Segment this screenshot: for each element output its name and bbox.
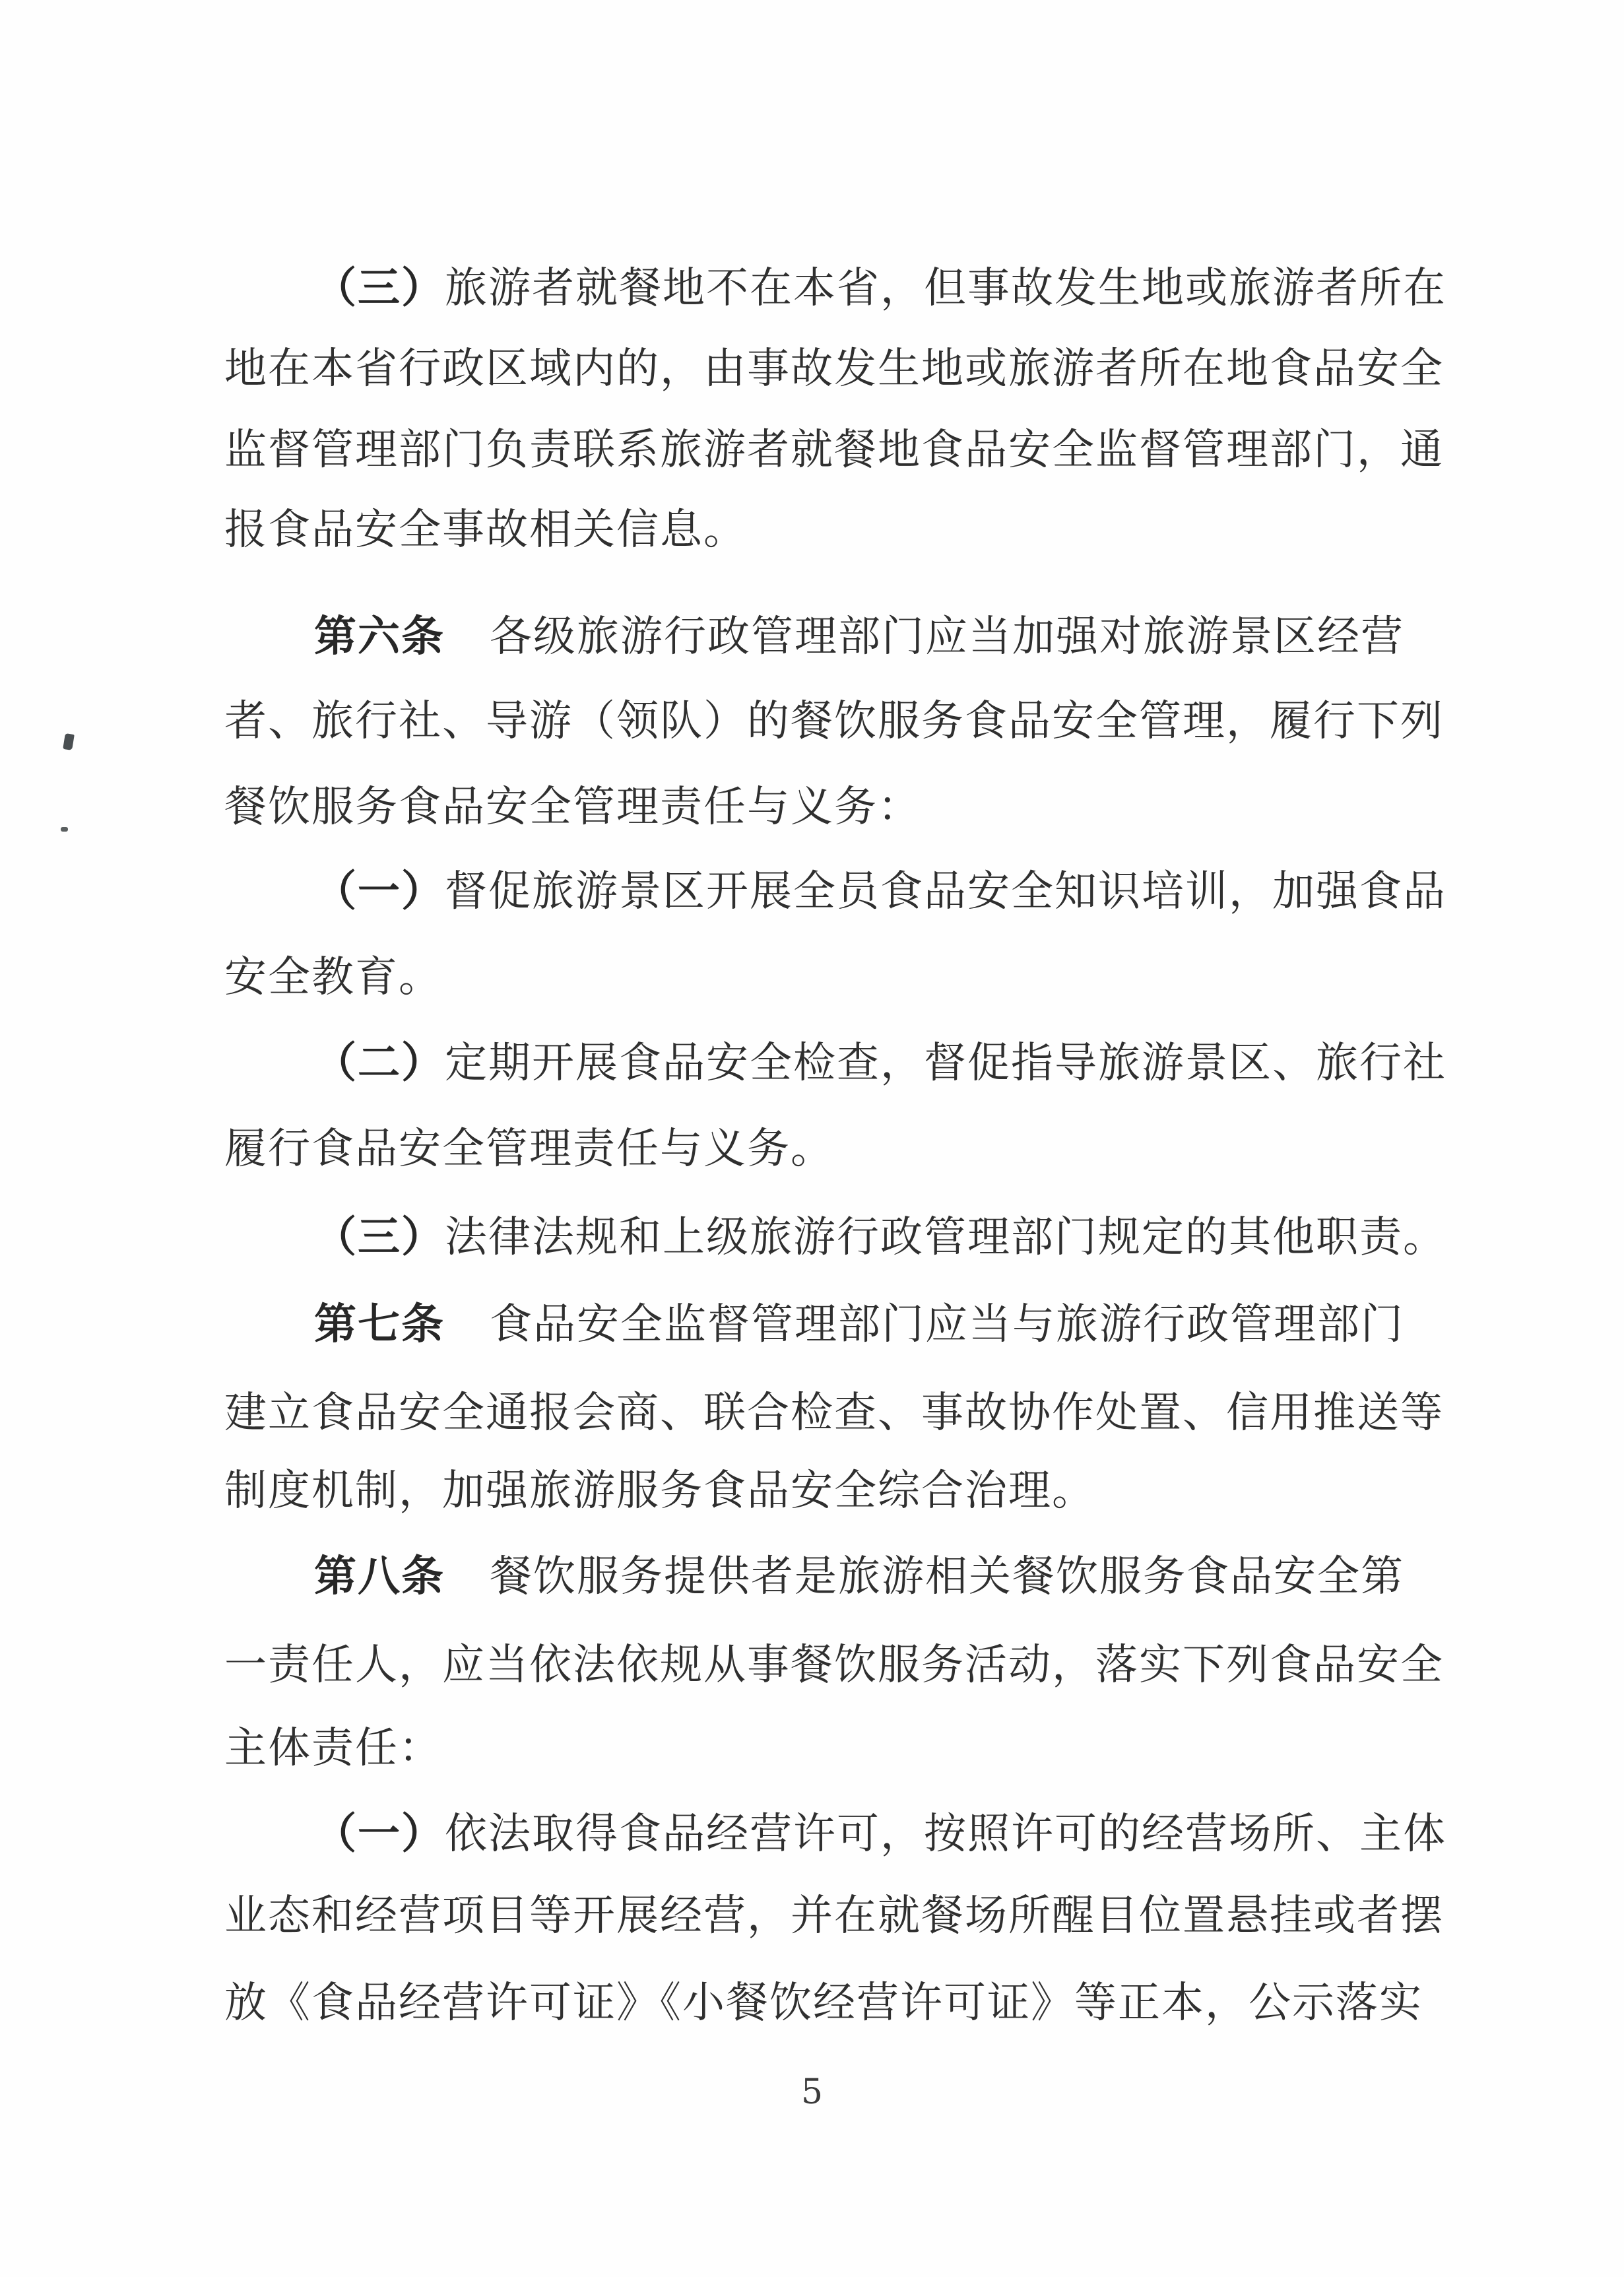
line-text: 者、旅行社、导游（领队）的餐饮服务食品安全管理，履行下列 bbox=[224, 697, 1444, 746]
text-line: （二）定期开展食品安全检查，督促指导旅游景区、旅行社 bbox=[224, 1040, 1446, 1086]
text-line: 第六条各级旅游行政管理部门应当加强对旅游景区经营 bbox=[224, 614, 1404, 660]
line-text: 食品安全监督管理部门应当与旅游行政管理部门 bbox=[490, 1300, 1404, 1349]
line-text: 监督管理部门负责联系旅游者就餐地食品安全监督管理部门，通 bbox=[224, 426, 1444, 475]
text-line: 业态和经营项目等开展经营，并在就餐场所醒目位置悬挂或者摆 bbox=[224, 1893, 1444, 1939]
list-item-marker: （三） bbox=[314, 1212, 445, 1262]
list-item-marker: （一） bbox=[314, 1809, 445, 1859]
text-line: 地在本省行政区域内的，由事故发生地或旅游者所在地食品安全 bbox=[224, 346, 1444, 392]
text-line: （三）旅游者就餐地不在本省，但事故发生地或旅游者所在 bbox=[224, 265, 1446, 312]
list-item-marker: （一） bbox=[314, 867, 445, 916]
document-page: （三）旅游者就餐地不在本省，但事故发生地或旅游者所在 地在本省行政区域内的，由事… bbox=[0, 0, 1624, 2277]
article-heading: 第六条 bbox=[314, 612, 445, 661]
text-line: 第七条食品安全监督管理部门应当与旅游行政管理部门 bbox=[224, 1302, 1404, 1348]
line-text: 法律法规和上级旅游行政管理部门规定的其他职责。 bbox=[445, 1213, 1446, 1262]
line-text: 主体责任： bbox=[224, 1724, 442, 1773]
line-text: 履行食品安全管理责任与义务。 bbox=[224, 1125, 834, 1173]
text-line: 安全教育。 bbox=[224, 954, 442, 1001]
article-heading: 第八条 bbox=[314, 1552, 445, 1601]
text-line: 报食品安全事故相关信息。 bbox=[224, 507, 747, 553]
line-text: 建立食品安全通报会商、联合检查、事故协作处置、信用推送等 bbox=[224, 1389, 1444, 1437]
text-line: 放《食品经营许可证》《小餐饮经营许可证》等正本，公示落实 bbox=[224, 1980, 1423, 2026]
line-text: 旅游者就餐地不在本省，但事故发生地或旅游者所在 bbox=[445, 264, 1446, 313]
text-line: 履行食品安全管理责任与义务。 bbox=[224, 1126, 834, 1172]
text-line: （一）依法取得食品经营许可，按照许可的经营场所、主体 bbox=[224, 1811, 1446, 1857]
line-text: 一责任人，应当依法依规从事餐饮服务活动，落实下列食品安全 bbox=[224, 1641, 1444, 1690]
line-text: 依法取得食品经营许可，按照许可的经营场所、主体 bbox=[445, 1810, 1446, 1859]
text-line: 餐饮服务食品安全管理责任与义务： bbox=[224, 784, 921, 830]
text-line: （一）督促旅游景区开展全员食品安全知识培训，加强食品 bbox=[224, 869, 1446, 915]
text-line: 第八条餐饮服务提供者是旅游相关餐饮服务食品安全第 bbox=[224, 1554, 1404, 1600]
line-text: 业态和经营项目等开展经营，并在就餐场所醒目位置悬挂或者摆 bbox=[224, 1892, 1444, 1940]
line-text: 各级旅游行政管理部门应当加强对旅游景区经营 bbox=[490, 612, 1404, 661]
list-item-marker: （三） bbox=[314, 263, 445, 313]
text-line: 主体责任： bbox=[224, 1725, 442, 1771]
text-line: 监督管理部门负责联系旅游者就餐地食品安全监督管理部门，通 bbox=[224, 427, 1444, 473]
line-text: 报食品安全事故相关信息。 bbox=[224, 506, 747, 554]
ink-speck bbox=[63, 733, 75, 750]
line-text: 餐饮服务食品安全管理责任与义务： bbox=[224, 783, 921, 832]
text-line: （三）法律法规和上级旅游行政管理部门规定的其他职责。 bbox=[224, 1214, 1446, 1261]
page-number: 5 bbox=[0, 2072, 1624, 2112]
line-text: 制度机制，加强旅游服务食品安全综合治理。 bbox=[224, 1467, 1095, 1515]
line-text: 定期开展食品安全检查，督促指导旅游景区、旅行社 bbox=[445, 1039, 1446, 1088]
text-line: 者、旅行社、导游（领队）的餐饮服务食品安全管理，履行下列 bbox=[224, 698, 1444, 744]
line-text: 安全教育。 bbox=[224, 953, 442, 1002]
ink-speck bbox=[61, 827, 68, 832]
line-text: 放《食品经营许可证》《小餐饮经营许可证》等正本，公示落实 bbox=[224, 1979, 1423, 2028]
line-text: 地在本省行政区域内的，由事故发生地或旅游者所在地食品安全 bbox=[224, 345, 1444, 393]
text-line: 建立食品安全通报会商、联合检查、事故协作处置、信用推送等 bbox=[224, 1390, 1444, 1436]
text-line: 制度机制，加强旅游服务食品安全综合治理。 bbox=[224, 1468, 1095, 1514]
line-text: 餐饮服务提供者是旅游相关餐饮服务食品安全第 bbox=[490, 1552, 1404, 1601]
scan-edge-artifact bbox=[0, 0, 5, 964]
text-line: 一责任人，应当依法依规从事餐饮服务活动，落实下列食品安全 bbox=[224, 1642, 1444, 1688]
list-item-marker: （二） bbox=[314, 1038, 445, 1088]
article-heading: 第七条 bbox=[314, 1300, 445, 1349]
line-text: 督促旅游景区开展全员食品安全知识培训，加强食品 bbox=[445, 867, 1446, 916]
